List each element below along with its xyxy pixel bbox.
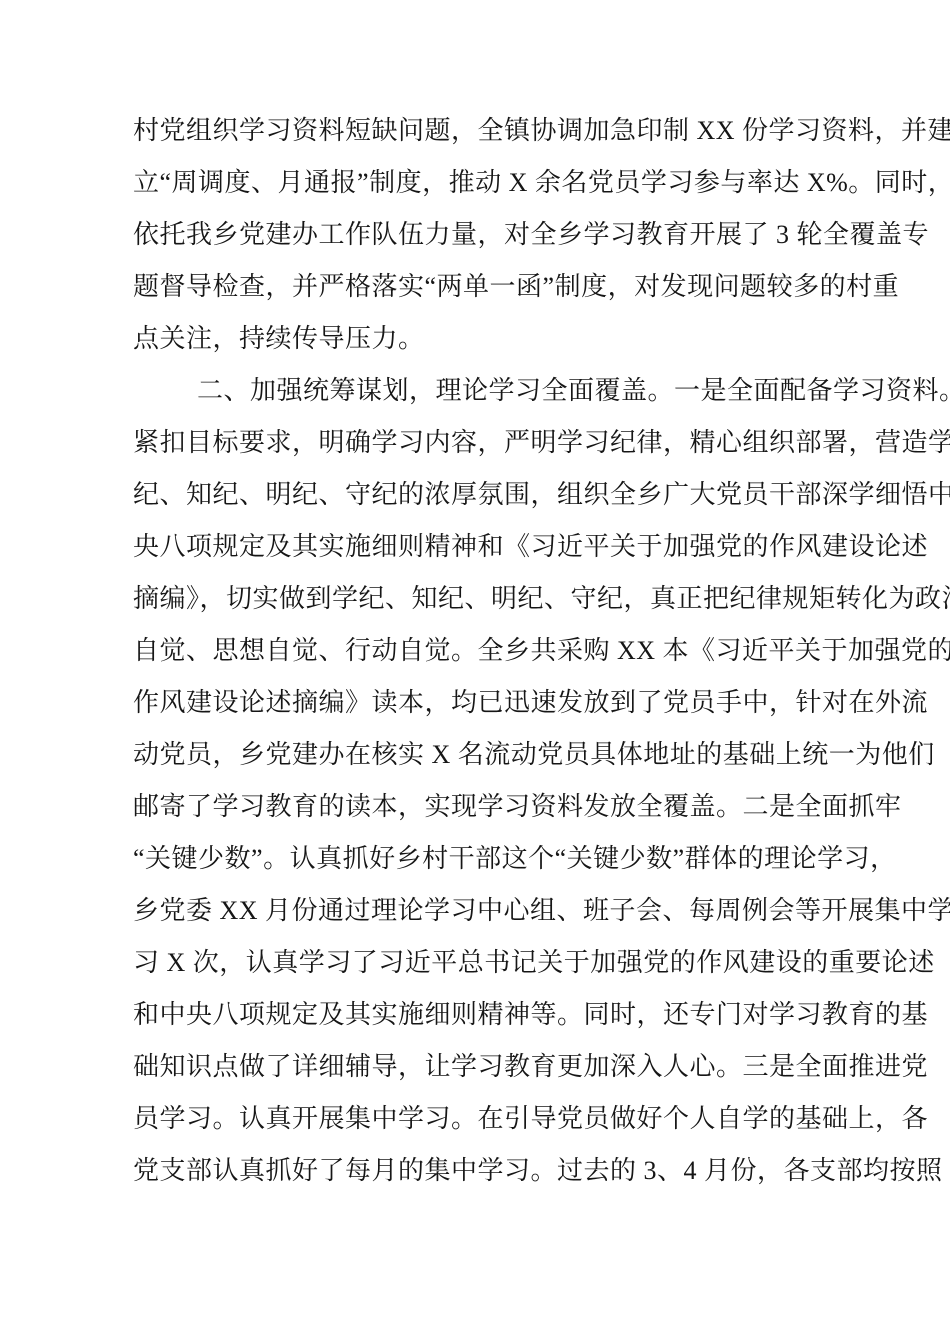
document-line: 央八项规定及其实施细则精神和《习近平关于加强党的作风建设论述 xyxy=(133,521,923,573)
document-line: 邮寄了学习教育的读本，实现学习资料发放全覆盖。二是全面抓牢 xyxy=(133,781,923,833)
document-line: 题督导检查，并严格落实“两单一函”制度，对发现问题较多的村重 xyxy=(133,261,923,313)
document-line: 作风建设论述摘编》读本，均已迅速发放到了党员手中，针对在外流 xyxy=(133,677,923,729)
document-line: 习 X 次，认真学习了习近平总书记关于加强党的作风建设的重要论述 xyxy=(133,937,923,989)
document-line: 自觉、思想自觉、行动自觉。全乡共采购 XX 本《习近平关于加强党的 xyxy=(133,625,923,677)
document-line: 党支部认真抓好了每月的集中学习。过去的 3、4 月份，各支部均按照 xyxy=(133,1145,923,1197)
document-line: 员学习。认真开展集中学习。在引导党员做好个人自学的基础上，各 xyxy=(133,1093,923,1145)
document-line: 动党员，乡党建办在核实 X 名流动党员具体地址的基础上统一为他们 xyxy=(133,729,923,781)
document-line: 紧扣目标要求，明确学习内容，严明学习纪律，精心组织部署，营造学 xyxy=(133,417,923,469)
document-line: 纪、知纪、明纪、守纪的浓厚氛围，组织全乡广大党员干部深学细悟中 xyxy=(133,469,923,521)
document-line: “关键少数”。认真抓好乡村干部这个“关键少数”群体的理论学习， xyxy=(133,833,923,885)
document-line: 础知识点做了详细辅导，让学习教育更加深入人心。三是全面推进党 xyxy=(133,1041,923,1093)
document-line: 依托我乡党建办工作队伍力量，对全乡学习教育开展了 3 轮全覆盖专 xyxy=(133,209,923,261)
document-page: 村党组织学习资料短缺问题，全镇协调加急印制 XX 份学习资料，并建 立“周调度、… xyxy=(0,0,950,1344)
document-line: 和中央八项规定及其实施细则精神等。同时，还专门对学习教育的基 xyxy=(133,989,923,1041)
document-line: 乡党委 XX 月份通过理论学习中心组、班子会、每周例会等开展集中学 xyxy=(133,885,923,937)
document-text-block: 村党组织学习资料短缺问题，全镇协调加急印制 XX 份学习资料，并建 立“周调度、… xyxy=(133,105,923,1197)
document-line: 立“周调度、月通报”制度，推动 X 余名党员学习参与率达 X%。同时， xyxy=(133,157,923,209)
document-line: 摘编》，切实做到学纪、知纪、明纪、守纪，真正把纪律规矩转化为政治 xyxy=(133,573,923,625)
document-line-paragraph-start: 二、加强统筹谋划，理论学习全面覆盖。一是全面配备学习资料。 xyxy=(133,365,923,417)
document-line: 点关注，持续传导压力。 xyxy=(133,313,923,365)
document-line: 村党组织学习资料短缺问题，全镇协调加急印制 XX 份学习资料，并建 xyxy=(133,105,923,157)
